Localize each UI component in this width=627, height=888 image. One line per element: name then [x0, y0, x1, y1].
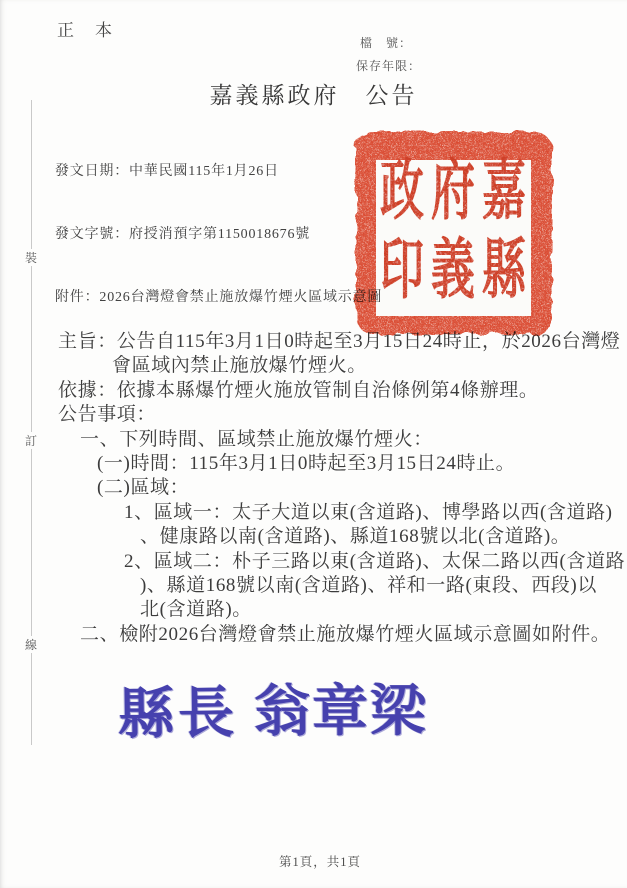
retention-period-label: 保存年限：: [356, 57, 421, 74]
announcement-body: 主旨：公告自115年3月1日0時起至3月15日24時止，於2026台灣燈 會區域…: [0, 330, 627, 647]
binding-mark-zhuang: 裝: [21, 249, 41, 266]
seal-character: 義: [431, 234, 475, 307]
seal-characters: 嘉 縣 府 義 政 印: [380, 155, 527, 307]
body-line: 二、檢附2026台灣燈會禁止施放爆竹煙火區域示意圖如附件。: [0, 623, 627, 647]
seal-character: 嘉: [482, 155, 526, 228]
body-line: 、健康路以南(含道路)、縣道168號以北(含道路)。: [0, 525, 627, 549]
seal-character: 政: [380, 155, 424, 228]
copy-type-label: 正 本: [57, 16, 114, 41]
body-line: (二)區域：: [0, 476, 627, 500]
body-line: 2、區域二：朴子三路以東(含道路)、太保二路以西(含道路: [0, 550, 627, 574]
body-line: 一、下列時間、區域禁止施放爆竹煙火：: [0, 428, 627, 452]
seal-character: 縣: [482, 234, 527, 307]
document-metadata: 發文日期：中華民國115年1月26日 發文字號：府授消預字第1150018676…: [55, 119, 382, 350]
body-line: (一)時間：115年3月1日0時起至3月15日24時止。: [0, 452, 627, 476]
body-line: 1、區域一：太子大道以東(含道路)、博學路以西(含道路): [0, 501, 627, 525]
body-line: 公告事項：: [0, 403, 627, 427]
announcement-document-page: 正 本 檔 號： 保存年限： 嘉義縣政府 公告 發文日期：中華民國115年1月2…: [0, 0, 627, 888]
page-number-footer: 第1頁，共1頁: [0, 852, 627, 870]
body-line: 會區域內禁止施放爆竹煙火。: [0, 354, 627, 378]
doc-number-line: 發文字號：府授消預字第1150018676號: [55, 224, 382, 245]
seal-character: 印: [380, 234, 424, 307]
body-line: )、縣道168號以南(含道路)、祥和一路(東段、西段)以: [0, 574, 627, 598]
signature-name: 翁章梁: [254, 667, 428, 748]
seal-character: 府: [431, 155, 475, 228]
body-line: 主旨：公告自115年3月1日0時起至3月15日24時止，於2026台灣燈: [0, 330, 627, 354]
issue-date-line: 發文日期：中華民國115年1月26日: [55, 161, 382, 182]
seal-inner-field: [376, 160, 531, 316]
file-number-label: 檔 號：: [360, 34, 412, 51]
document-title: 嘉義縣政府 公告: [0, 77, 627, 110]
body-line: 北(含道路)。: [0, 598, 627, 622]
signature-title: 縣長: [118, 683, 239, 747]
attachment-line: 附件：2026台灣燈會禁止施放爆竹煙火區域示意圖: [55, 287, 382, 308]
body-line: 依據：依據本縣爆竹煙火施放管制自治條例第4條辦理。: [0, 379, 627, 403]
magistrate-signature-stamp: 縣長翁章梁: [117, 666, 448, 751]
